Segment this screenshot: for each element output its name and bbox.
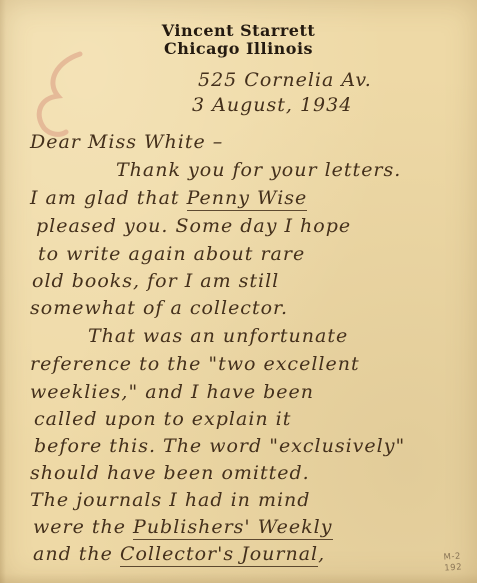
line-text: and the bbox=[33, 543, 120, 565]
letter-line: weeklies," and I have been bbox=[30, 383, 314, 402]
letterhead-city: Chicago Illinois bbox=[0, 40, 477, 58]
red-pencil-mark bbox=[18, 48, 108, 143]
underlined-title: Penny Wise bbox=[187, 187, 308, 211]
address-line: 525 Cornelia Av. bbox=[198, 71, 372, 90]
letter-line: before this. The word "exclusively" bbox=[34, 437, 405, 456]
line-text: weeklies," and I have been bbox=[30, 381, 314, 403]
letter-line: called upon to explain it bbox=[34, 410, 291, 429]
letter-line: I am glad that Penny Wise bbox=[30, 189, 307, 208]
line-text: should have been omitted. bbox=[30, 462, 310, 484]
pencil-note-bottom: 192 bbox=[444, 562, 462, 574]
pencil-catalog-note: M-2 192 bbox=[443, 551, 462, 573]
line-text: were the bbox=[33, 516, 133, 538]
letter-line: somewhat of a collector. bbox=[30, 299, 288, 318]
line-text: pleased you. Some day I hope bbox=[36, 215, 351, 237]
line-text: , bbox=[318, 543, 325, 565]
line-text: reference to the "two excellent bbox=[30, 353, 360, 375]
letter-line: to write again about rare bbox=[38, 245, 305, 264]
pencil-note-top: M-2 bbox=[443, 551, 461, 563]
salutation: Dear Miss White – bbox=[30, 133, 223, 152]
underlined-title: Collector's Journal bbox=[120, 543, 318, 567]
letterhead-name: Vincent Starrett bbox=[0, 22, 477, 40]
line-text: I am glad that bbox=[30, 187, 187, 209]
line-text: Thank you for your letters. bbox=[116, 159, 401, 181]
letterhead: Vincent Starrett Chicago Illinois bbox=[0, 22, 477, 58]
date-line: 3 August, 1934 bbox=[192, 96, 352, 115]
line-text: somewhat of a collector. bbox=[30, 297, 288, 319]
line-text: to write again about rare bbox=[38, 243, 305, 265]
letter-page: Vincent Starrett Chicago Illinois 525 Co… bbox=[0, 0, 477, 583]
line-text: The journals I had in mind bbox=[30, 489, 310, 511]
line-text: old books, for I am still bbox=[32, 270, 279, 292]
underlined-title: Publishers' Weekly bbox=[133, 516, 332, 540]
letter-line: That was an unfortunate bbox=[88, 327, 348, 346]
letter-line: The journals I had in mind bbox=[30, 491, 310, 510]
letter-line: old books, for I am still bbox=[32, 272, 279, 291]
letter-line: pleased you. Some day I hope bbox=[36, 217, 351, 236]
letter-line: reference to the "two excellent bbox=[30, 355, 360, 374]
letter-line: and the Collector's Journal, bbox=[33, 545, 325, 564]
line-text: That was an unfortunate bbox=[88, 325, 348, 347]
line-text: before this. The word "exclusively" bbox=[34, 435, 405, 457]
letter-line: were the Publishers' Weekly bbox=[33, 518, 333, 537]
line-text: called upon to explain it bbox=[34, 408, 291, 430]
letter-line: should have been omitted. bbox=[30, 464, 310, 483]
letter-line: Thank you for your letters. bbox=[116, 161, 401, 180]
